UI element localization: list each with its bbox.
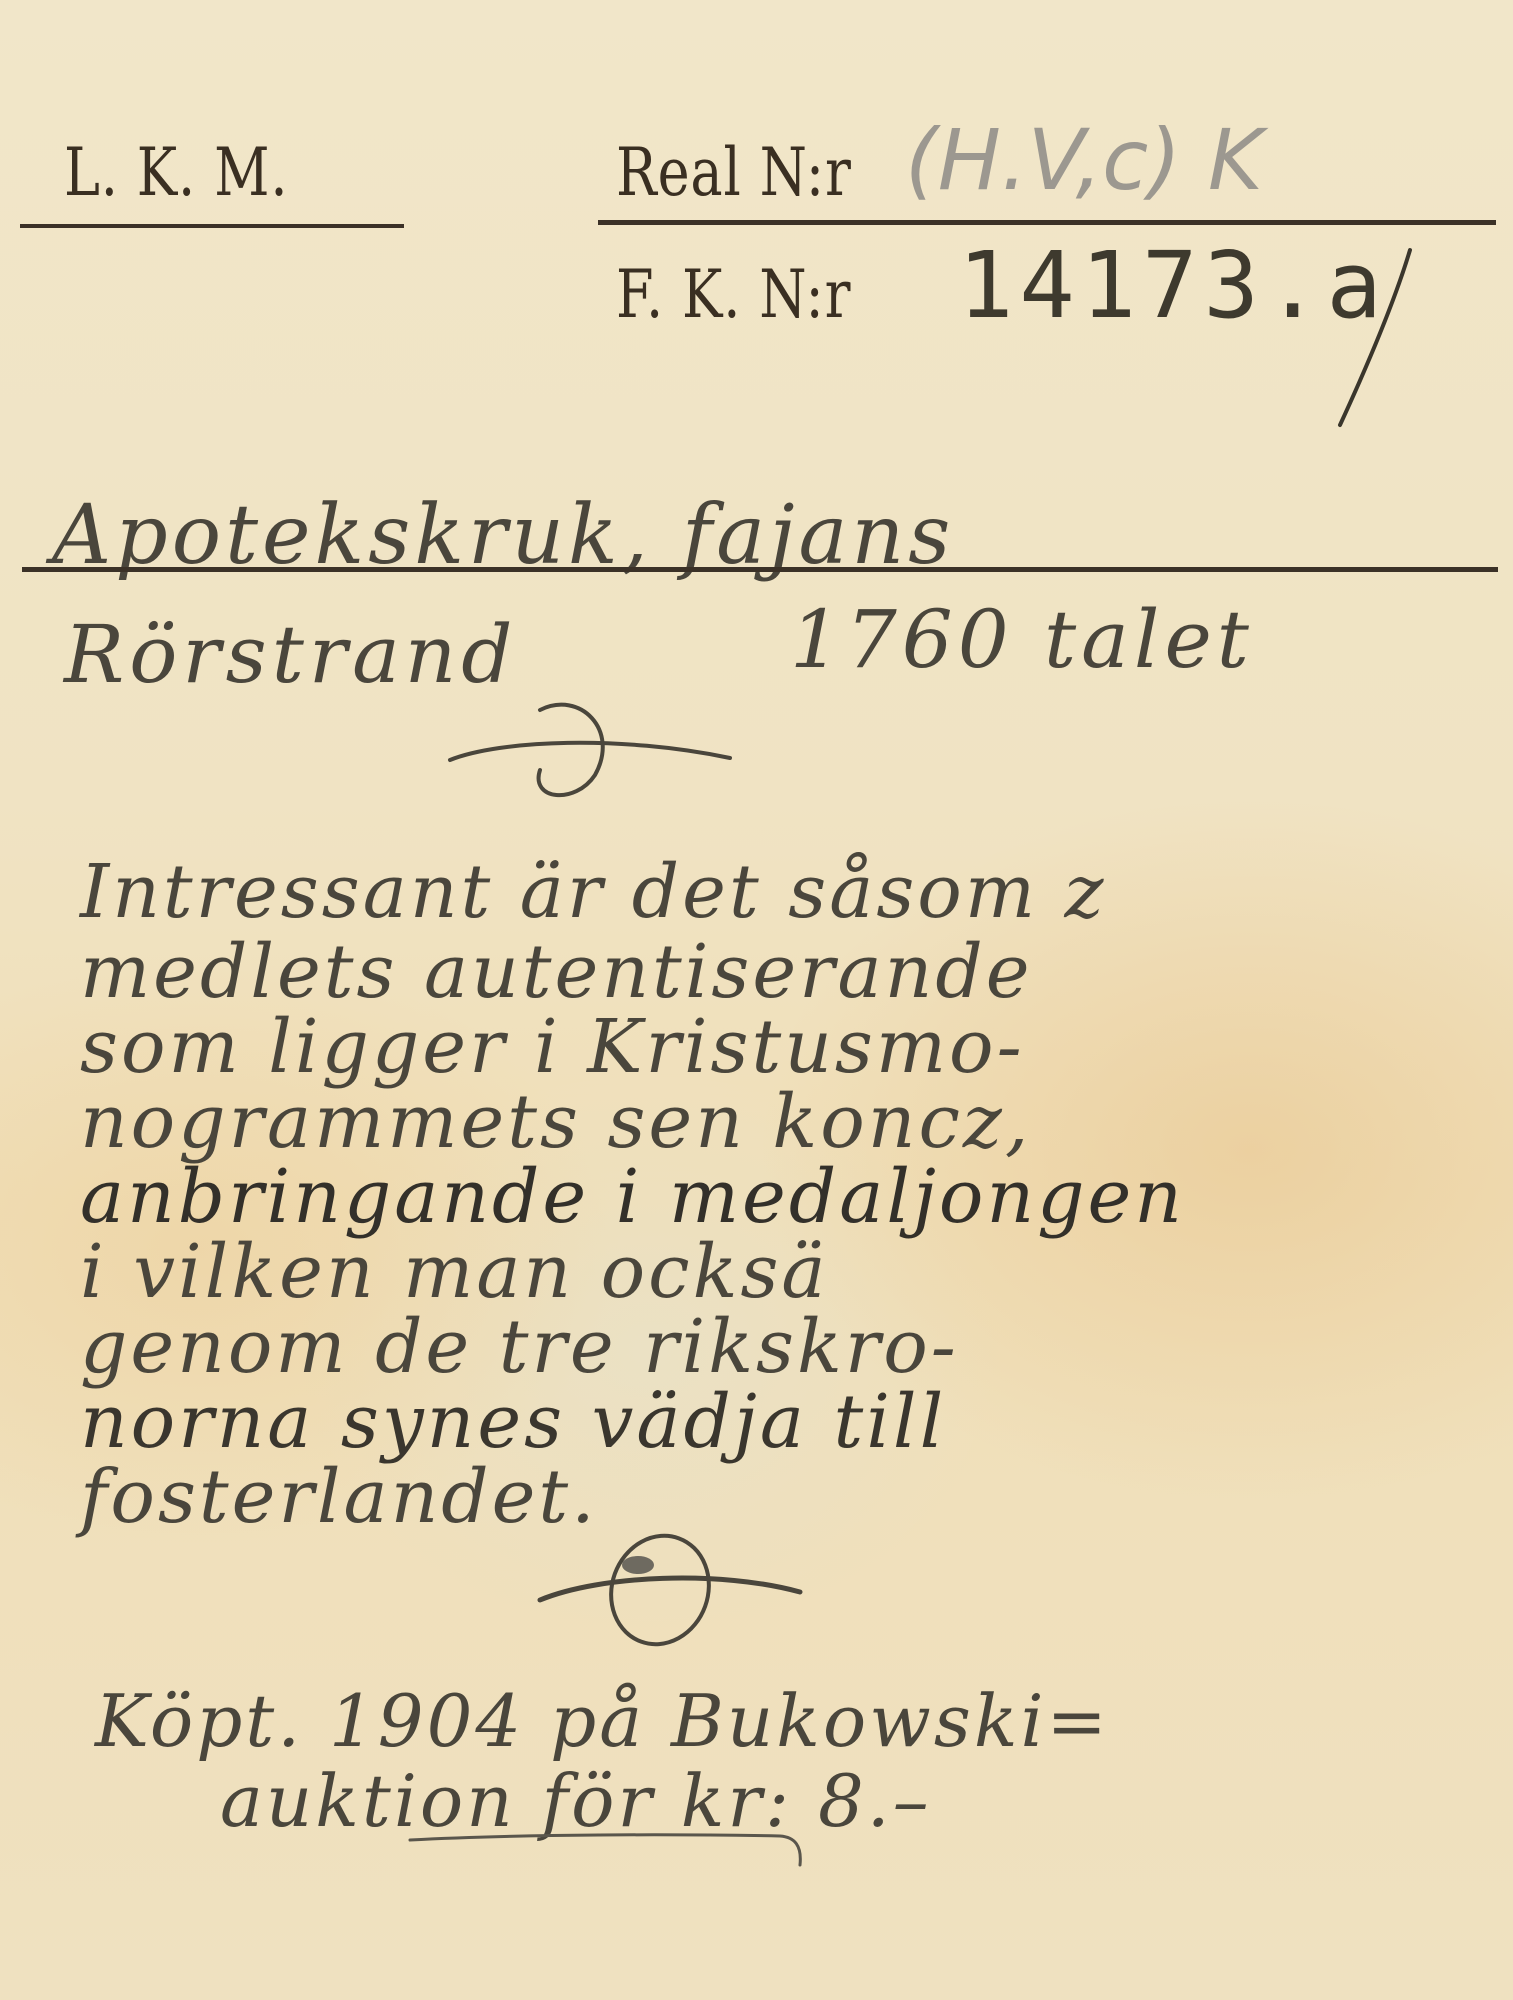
flourish-divider-icon	[520, 1520, 820, 1660]
real-number-underline	[598, 220, 1496, 225]
description-line: medlets autentiserande	[80, 935, 1032, 1009]
object-title: Apotekskruk, fajans	[52, 495, 954, 577]
real-number-label: Real N:r	[616, 140, 852, 206]
fk-number-label: F. K. N:r	[616, 262, 851, 328]
title-underline	[22, 567, 1498, 572]
description-line: som ligger i Kristusmo-	[80, 1010, 1025, 1084]
fk-slash-mark	[1300, 240, 1420, 440]
real-number-value: (H.V,c) K	[905, 118, 1263, 202]
date: 1760 talet	[790, 600, 1254, 680]
acquisition-line: Köpt. 1904 på Bukowski=	[95, 1685, 1110, 1757]
institution-label: L. K. M.	[64, 140, 288, 206]
flourish-divider-icon	[430, 690, 760, 810]
description-line: i vilken man ocksä	[80, 1235, 829, 1309]
description-line: Intressant är det såsom z	[80, 855, 1107, 929]
description-line: norna synes vädja till	[80, 1385, 946, 1459]
maker: Rörstrand	[64, 615, 518, 695]
closing-underline	[400, 1820, 820, 1880]
description-line: anbringande i medaljongen	[80, 1160, 1185, 1234]
description-line: nogrammets sen koncz,	[80, 1085, 1031, 1159]
institution-underline	[20, 224, 404, 228]
description-line: genom de tre rikskro-	[80, 1310, 959, 1384]
catalog-card: L. K. M. Real N:r (H.V,c) K F. K. N:r 14…	[0, 0, 1513, 2000]
